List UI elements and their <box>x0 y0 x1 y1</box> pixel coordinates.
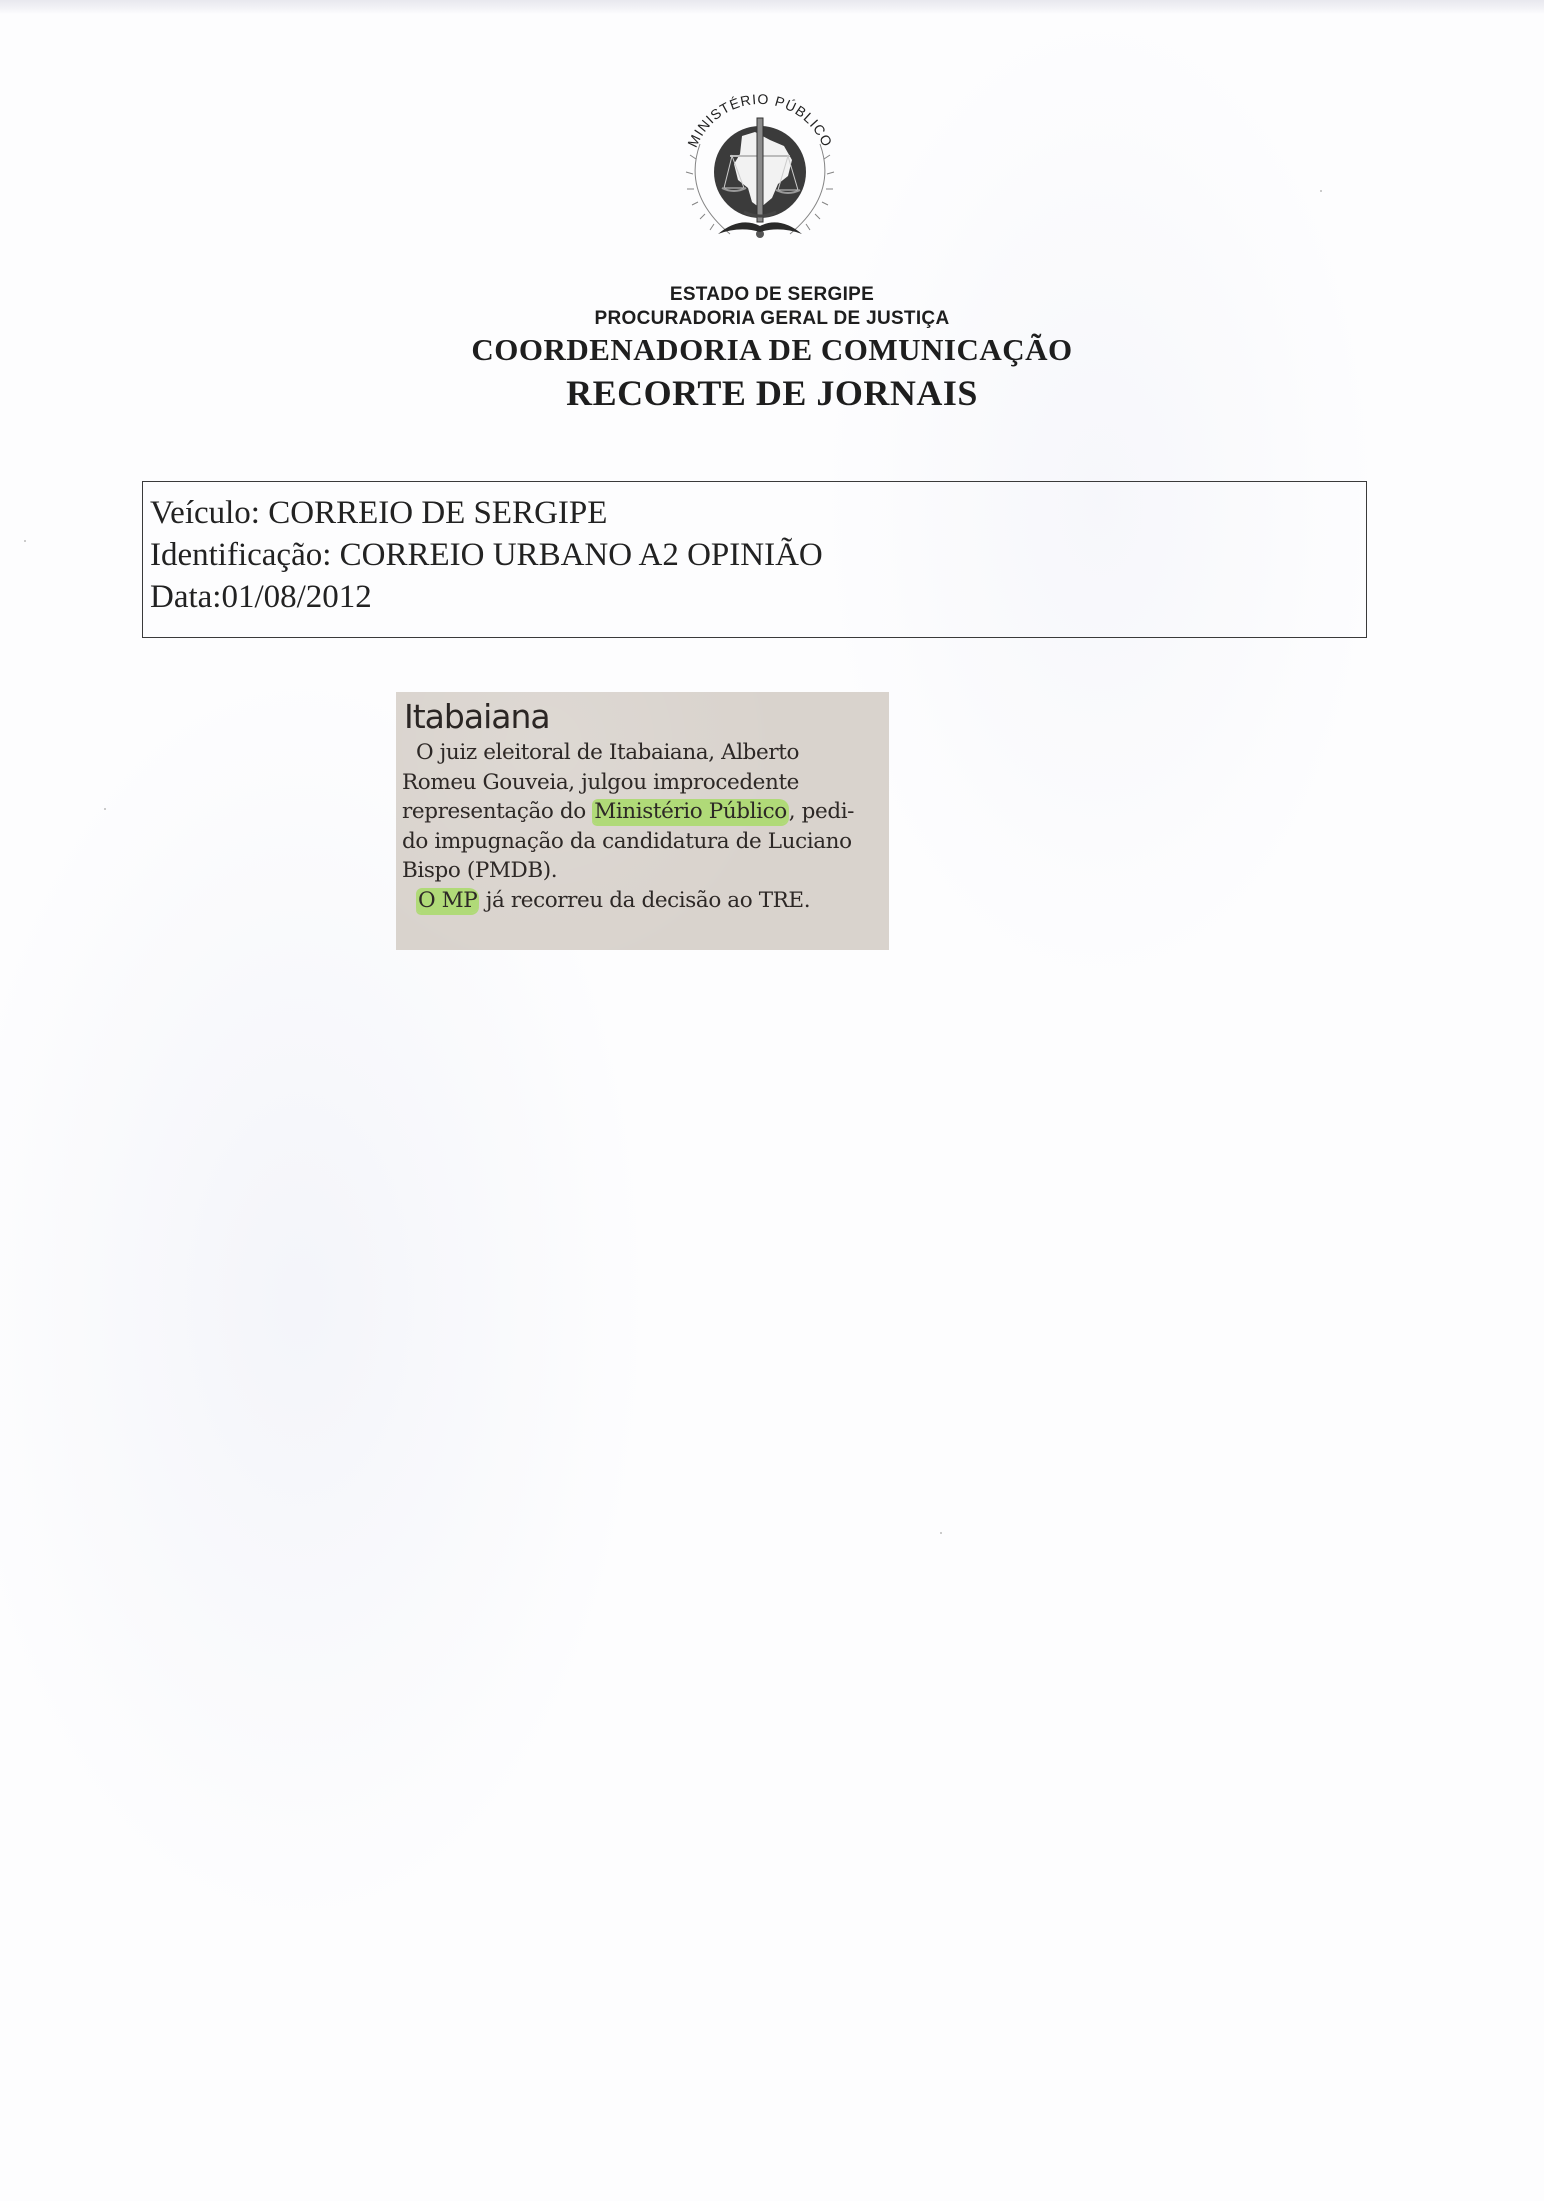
scan-speck <box>940 1532 942 1534</box>
clipping-line: O juiz eleitoral de Itabaiana, Alberto <box>402 738 889 768</box>
scan-speck <box>104 808 106 810</box>
clipping-line: Romeu Gouveia, julgou improcedente <box>402 768 889 798</box>
clipping-line: do impugnação da candidatura de Luciano <box>402 827 889 857</box>
clipping-line: O MP já recorreu da decisão ao TRE. <box>402 886 889 916</box>
scan-edge <box>0 0 1544 14</box>
page-shade <box>0 0 1544 2201</box>
header-state: ESTADO DE SERGIPE <box>0 284 1544 306</box>
clipping-line: representação do Ministério Público, ped… <box>402 797 889 827</box>
newspaper-clipping: Itabaiana O juiz eleitoral de Itabaiana,… <box>396 692 889 950</box>
clipping-line: Bispo (PMDB). <box>402 856 889 886</box>
clipping-text: representação do <box>402 799 592 824</box>
clipping-title: Itabaiana <box>404 698 889 736</box>
clipping-body: O juiz eleitoral de Itabaiana, Alberto R… <box>402 738 889 915</box>
clipping-text: já recorreu da decisão ao TRE. <box>479 888 810 913</box>
info-veiculo: Veículo: CORREIO DE SERGIPE <box>150 492 1366 534</box>
scan-speck <box>1320 190 1322 192</box>
header-coordenadoria: COORDENADORIA DE COMUNICAÇÃO <box>0 332 1544 368</box>
header-procuradoria: PROCURADORIA GERAL DE JUSTIÇA <box>0 308 1544 330</box>
page-title: RECORTE DE JORNAIS <box>0 372 1544 414</box>
highlight-mp: O MP <box>416 888 479 913</box>
info-data: Data:01/08/2012 <box>150 576 1366 618</box>
clipping-text: , pedi- <box>789 799 854 824</box>
ministerio-publico-emblem-icon: MINISTÉRIO PÚBLICO <box>660 84 860 254</box>
scan-speck <box>24 540 26 542</box>
highlight-ministerio-publico: Ministério Público <box>592 799 789 824</box>
info-box: Veículo: CORREIO DE SERGIPE Identificaçã… <box>142 481 1367 638</box>
info-identificacao: Identificação: CORREIO URBANO A2 OPINIÃO <box>150 534 1366 576</box>
